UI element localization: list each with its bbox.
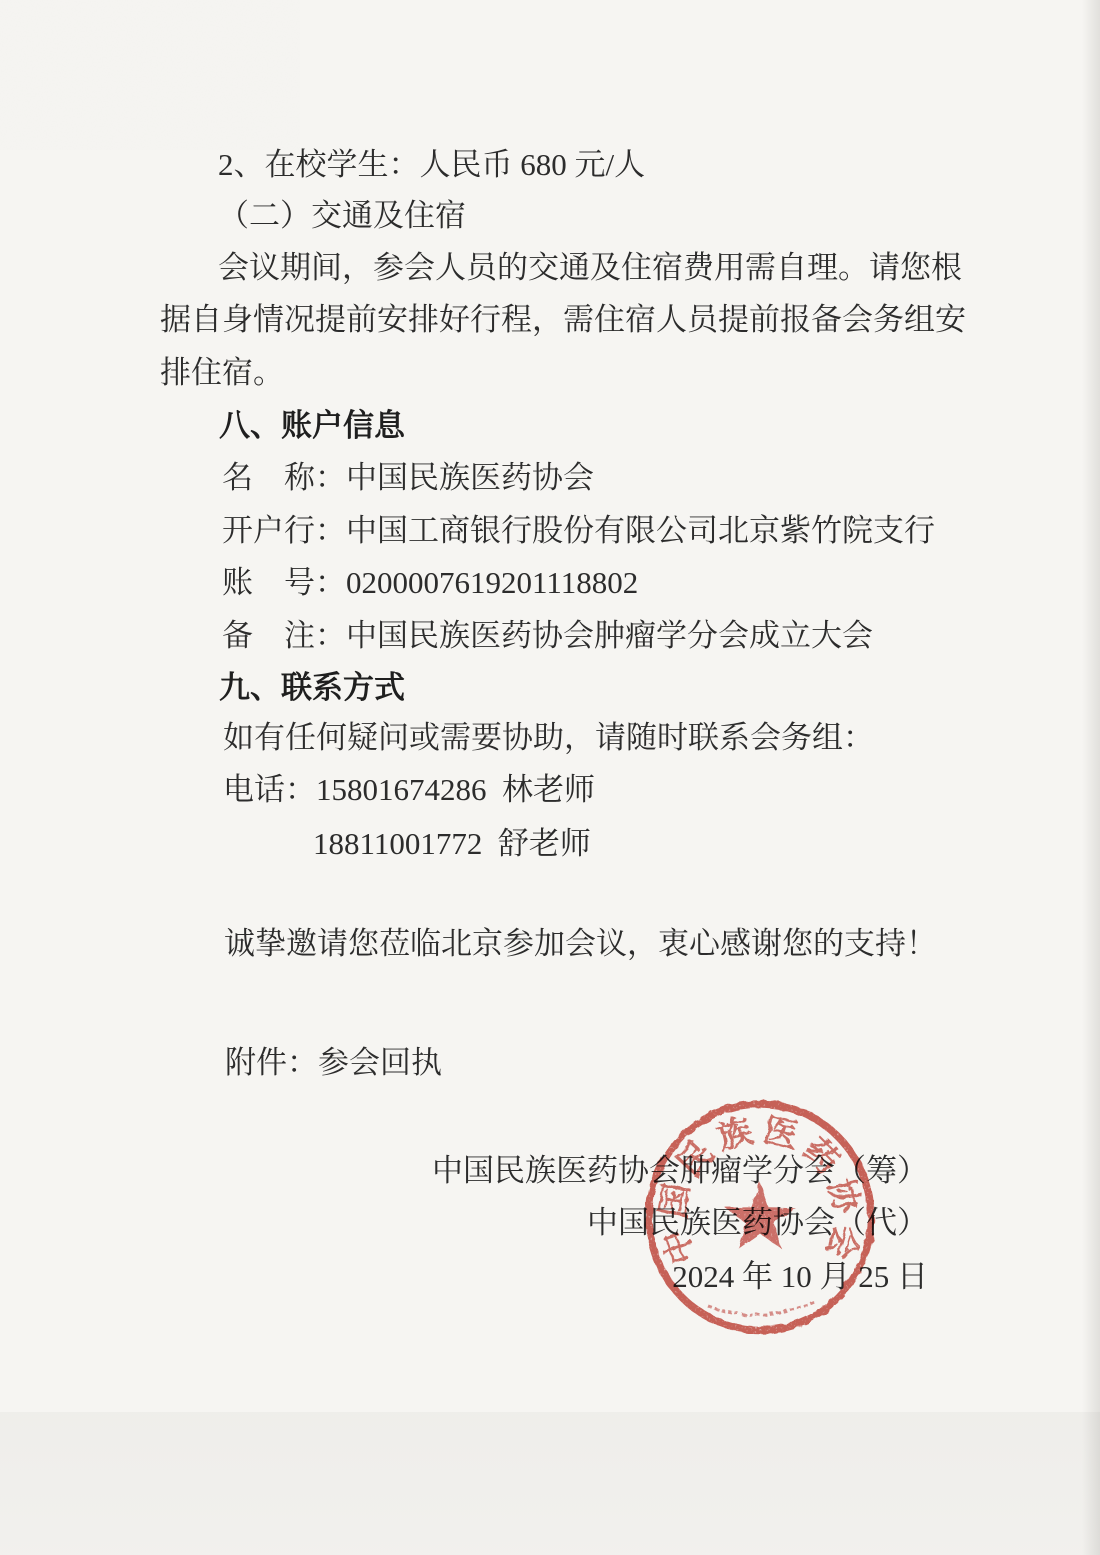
- svg-text:中: 中: [656, 1224, 703, 1269]
- stamp-serial-marks: [708, 1302, 814, 1315]
- svg-text:国: 国: [654, 1180, 698, 1221]
- svg-text:族: 族: [713, 1112, 757, 1158]
- line-transport-p1: 会议期间，参会人员的交通及住宿费用需自理。请您根: [218, 251, 962, 285]
- line-transport-title: （二）交通及住宿: [218, 199, 466, 233]
- scanned-letter-page: 2、在校学生：人民币 680 元/人 （二）交通及住宿 会议期间，参会人员的交通…: [0, 0, 1100, 1555]
- line-account-note: 备 注：中国民族医药协会肿瘤学分会成立大会: [222, 619, 873, 653]
- line-closing: 诚挚邀请您莅临北京参加会议，衷心感谢您的支持！: [224, 927, 937, 961]
- line-student-fee: 2、在校学生：人民币 680 元/人: [218, 148, 645, 182]
- line-contact-intro: 如有任何疑问或需要协助，请随时联系会务组：: [223, 721, 874, 755]
- scan-edge-shadow-bottom: [0, 1412, 1100, 1555]
- svg-text:协: 协: [821, 1175, 867, 1219]
- line-attachment: 附件：参会回执: [225, 1046, 442, 1080]
- line-account-name: 名 称：中国民族医药协会: [222, 461, 594, 495]
- line-account-number: 账 号：0200007619201118802: [222, 566, 638, 600]
- line-contact-phone-1: 电话：15801674286 林老师: [223, 773, 595, 807]
- line-account-bank: 开户行：中国工商银行股份有限公司北京紫竹院支行: [222, 514, 935, 548]
- heading-contact: 九、联系方式: [219, 671, 405, 705]
- heading-account-info: 八、账户信息: [219, 409, 405, 443]
- line-transport-p3: 排住宿。: [160, 356, 284, 390]
- paper-grain-texture: [0, 0, 300, 150]
- svg-text:会: 会: [819, 1220, 865, 1264]
- scan-edge-shadow-right: [1082, 0, 1100, 1555]
- line-transport-p2: 据自身情况提前安排好行程，需住宿人员提前报备会务组安: [160, 303, 966, 337]
- svg-text:医: 医: [760, 1111, 802, 1156]
- official-seal-stamp: 中 国 民 族 医 药 协 会: [642, 1096, 878, 1336]
- stamp-star-icon: [725, 1182, 795, 1249]
- line-contact-phone-2: 18811001772 舒老师: [313, 827, 591, 861]
